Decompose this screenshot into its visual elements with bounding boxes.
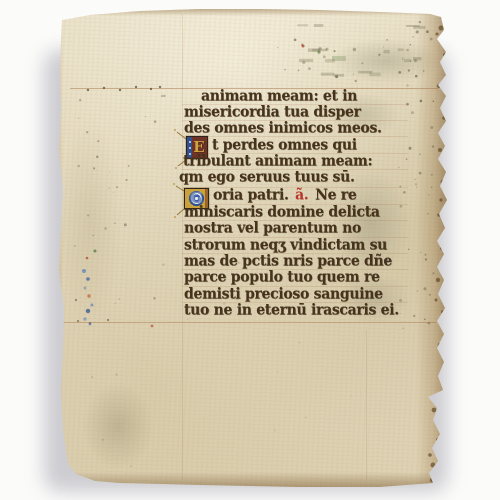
manuscript-line: tuo ne in eternū irascaris ei. xyxy=(184,302,399,319)
manuscript-line: des omnes inimicos meos. xyxy=(184,120,382,137)
line-text: oria patri. xyxy=(213,187,289,204)
manuscript-line: oria patri. ã. Ne re xyxy=(213,187,356,204)
manuscript-line: animam meam: et in xyxy=(201,88,357,105)
line-text: Ne re xyxy=(315,187,356,204)
manuscript-line: miniscaris domine delicta xyxy=(184,204,380,221)
manuscript-line: nostra vel parentum no xyxy=(184,220,361,237)
manuscript-line: mas de pctis nris parce dñe xyxy=(184,253,392,270)
manuscript-line: demisti precioso sanguine xyxy=(184,286,383,303)
manuscript-line: strorum neqʒ vindictam su xyxy=(184,237,387,254)
manuscript-line: qm ego seruus tuus sū. xyxy=(179,169,355,186)
photo-stage: E G animam meam: et in misericordia tua … xyxy=(0,0,500,500)
manuscript-line: parce populo tuo quem re xyxy=(184,269,380,286)
rubric-antiphon-mark: ã. xyxy=(295,187,308,204)
manuscript-line: tribulant animam meam: xyxy=(183,153,372,170)
manuscript-line: t perdes omnes qui xyxy=(212,137,357,154)
text-block: E G animam meam: et in misericordia tua … xyxy=(184,88,434,328)
manuscript-line: misericordia tua disper xyxy=(184,104,361,121)
